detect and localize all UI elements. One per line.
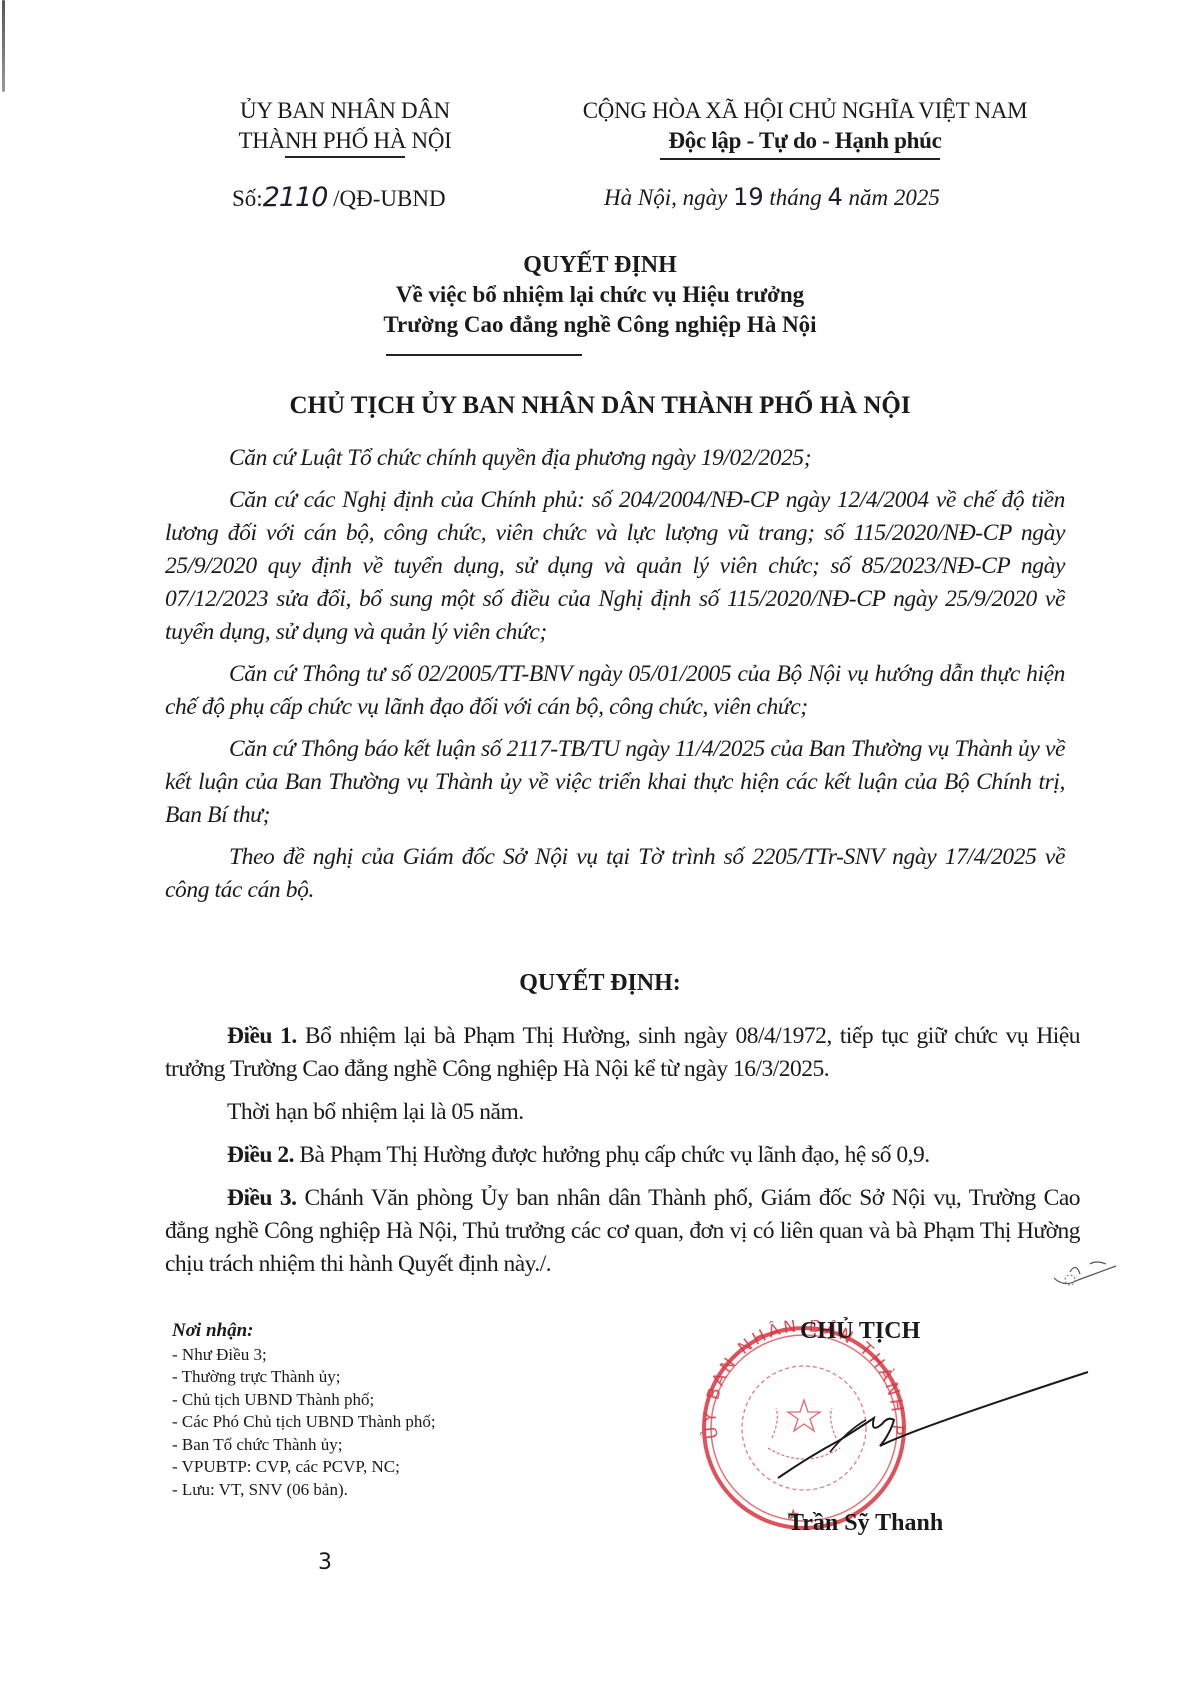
page-mark: 3 <box>318 1550 332 1575</box>
ground-item: Căn cứ Luật Tổ chức chính quyền địa phươ… <box>165 442 1065 475</box>
date-prefix: Hà Nội, ngày <box>604 185 727 210</box>
ground-item: Căn cứ Thông tư số 02/2005/TT-BNV ngày 0… <box>165 658 1065 724</box>
subject-line1: Về việc bổ nhiệm lại chức vụ Hiệu trưởng <box>200 280 1000 310</box>
legal-grounds: Căn cứ Luật Tổ chức chính quyền địa phươ… <box>165 442 1065 916</box>
article-text: Bổ nhiệm lại bà Phạm Thị Hường, sinh ngà… <box>165 1023 1080 1082</box>
article-label: Điều 1. <box>227 1023 297 1049</box>
article-1-term: Thời hạn bổ nhiệm lại là 05 năm. <box>165 1096 1080 1129</box>
issuer-line1: ỦY BAN NHÂN DÂN <box>200 96 490 126</box>
article-2: Điều 2. Bà Phạm Thị Hường được hưởng phụ… <box>165 1139 1080 1172</box>
recipient-item: - Như Điều 3; <box>172 1344 436 1367</box>
recipients-list: Nơi nhận: - Như Điều 3; - Thường trực Th… <box>172 1320 436 1501</box>
signer-role: CHỦ TỊCH <box>800 1318 920 1345</box>
issuing-authority: CHỦ TỊCH ỦY BAN NHÂN DÂN THÀNH PHỐ HÀ NỘ… <box>160 392 1040 420</box>
articles: Điều 1. Bổ nhiệm lại bà Phạm Thị Hường, … <box>165 1020 1080 1291</box>
article-label: Điều 2. <box>227 1142 294 1168</box>
nation-name: CỘNG HÒA XÃ HỘI CHỦ NGHĨA VIỆT NAM <box>540 96 1070 126</box>
recipient-item: - Thường trực Thành ủy; <box>172 1366 436 1389</box>
recipient-item: - Chủ tịch UBND Thành phố; <box>172 1389 436 1412</box>
number-suffix: /QĐ-UBND <box>333 186 445 211</box>
issuer-block: ỦY BAN NHÂN DÂN THÀNH PHỐ HÀ NỘI <box>200 96 490 156</box>
ground-item: Căn cứ Thông báo kết luận số 2117-TB/TU … <box>165 733 1065 832</box>
national-motto: Độc lập - Tự do - Hạnh phúc <box>540 126 1070 156</box>
national-heading: CỘNG HÒA XÃ HỘI CHỦ NGHĨA VIỆT NAM Độc l… <box>540 96 1070 156</box>
decision-heading: QUYẾT ĐỊNH: <box>200 970 1000 997</box>
article-label: Điều 3. <box>227 1185 297 1211</box>
number-prefix: Số: <box>232 186 263 211</box>
date-day: 19 <box>733 183 764 211</box>
recipient-item: - Lưu: VT, SNV (06 bản). <box>172 1479 436 1502</box>
scan-edge-shadow <box>2 0 5 92</box>
recipient-item: - Ban Tổ chức Thành ủy; <box>172 1434 436 1457</box>
recipient-item: - VPUBTP: CVP, các PCVP, NC; <box>172 1456 436 1479</box>
date-month-label: tháng <box>769 185 821 210</box>
date-month: 4 <box>828 183 843 211</box>
number-handwritten: 2110 <box>263 182 328 213</box>
date-year: năm 2025 <box>849 185 940 210</box>
article-text: Bà Phạm Thị Hường được hưởng phụ cấp chứ… <box>294 1142 930 1168</box>
article-3: Điều 3. Chánh Văn phòng Ủy ban nhân dân … <box>165 1182 1080 1281</box>
ground-item: Căn cứ các Nghị định của Chính phủ: số 2… <box>165 484 1065 649</box>
title-underline <box>386 354 582 356</box>
signer-name: Trần Sỹ Thanh <box>788 1510 943 1537</box>
recipients-heading: Nơi nhận: <box>172 1320 436 1343</box>
issuer-line2: THÀNH PHỐ HÀ NỘI <box>200 126 490 156</box>
document-type: QUYẾT ĐỊNH <box>200 250 1000 280</box>
recipient-item: - Các Phó Chủ tịch UBND Thành phố; <box>172 1411 436 1434</box>
document-number: Số:2110 /QĐ-UBND <box>232 182 446 213</box>
signature-block: ỦY BAN NHÂN DÂN THÀNH PHỐ HÀ NỘI ★ CHỦ T… <box>690 1300 1110 1560</box>
initials-mark-icon <box>1050 1258 1120 1298</box>
motto-underline <box>660 158 940 160</box>
subject-line2: Trường Cao đẳng nghề Công nghiệp Hà Nội <box>200 310 1000 340</box>
document-date: Hà Nội, ngày 19 tháng 4 năm 2025 <box>604 183 940 211</box>
document-title: QUYẾT ĐỊNH Về việc bổ nhiệm lại chức vụ … <box>200 250 1000 340</box>
article-text: Chánh Văn phòng Ủy ban nhân dân Thành ph… <box>165 1185 1080 1277</box>
article-text: Thời hạn bổ nhiệm lại là 05 năm. <box>227 1099 524 1125</box>
ground-item: Theo đề nghị của Giám đốc Sở Nội vụ tại … <box>165 841 1065 907</box>
issuer-underline <box>285 156 405 158</box>
article-1: Điều 1. Bổ nhiệm lại bà Phạm Thị Hường, … <box>165 1020 1080 1086</box>
handwritten-signature-icon <box>770 1360 1090 1490</box>
